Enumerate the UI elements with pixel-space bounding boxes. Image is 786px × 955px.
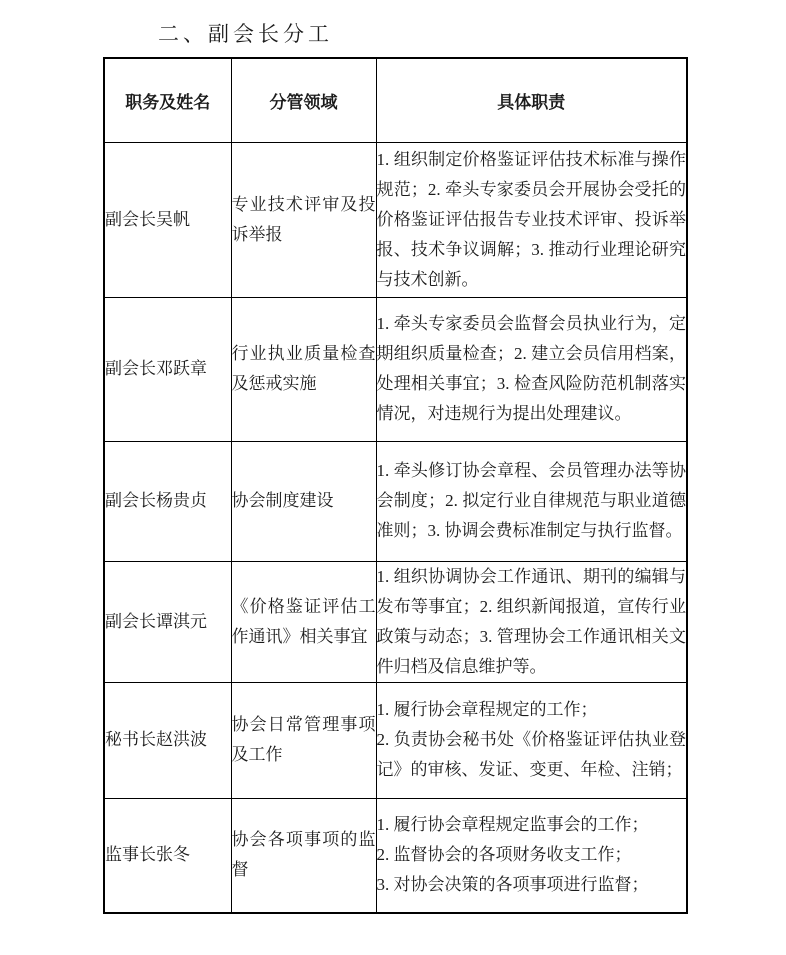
- duty-item: 1. 牵头专家委员会监督会员执业行为，定期组织质量检查；2. 建立会员信用档案，…: [377, 309, 687, 429]
- duties-cell: 1. 牵头专家委员会监督会员执业行为，定期组织质量检查；2. 建立会员信用档案，…: [376, 297, 687, 441]
- duties-table: 职务及姓名 分管领域 具体职责 副会长吴帆专业技术评审及投诉举报1. 组织制定价…: [103, 57, 688, 914]
- area-cell: 《价格鉴证评估工作通讯》相关事宜: [231, 561, 376, 682]
- duty-item: 2. 负责协会秘书处《价格鉴证评估执业登记》的审核、发证、变更、年检、注销；: [377, 725, 687, 785]
- header-position-name: 职务及姓名: [104, 58, 231, 142]
- position-name-cell: 副会长谭淇元: [104, 561, 231, 682]
- table-row: 副会长吴帆专业技术评审及投诉举报1. 组织制定价格鉴证评估技术标准与操作规范；2…: [104, 142, 687, 297]
- duties-cell: 1. 履行协会章程规定的工作；2. 负责协会秘书处《价格鉴证评估执业登记》的审核…: [376, 682, 687, 798]
- area-cell: 行业执业质量检查及惩戒实施: [231, 297, 376, 441]
- position-name-cell: 副会长吴帆: [104, 142, 231, 297]
- duty-item: 2. 监督协会的各项财务收支工作；: [377, 840, 687, 870]
- duties-cell: 1. 组织制定价格鉴证评估技术标准与操作规范；2. 牵头专家委员会开展协会受托的…: [376, 142, 687, 297]
- document-page: 二、副会长分工 职务及姓名 分管领域 具体职责 副会长吴帆专业技术评审及投诉举报…: [0, 0, 786, 955]
- position-name-cell: 秘书长赵洪波: [104, 682, 231, 798]
- table-row: 副会长杨贵贞协会制度建设1. 牵头修订协会章程、会员管理办法等协会制度；2. 拟…: [104, 441, 687, 561]
- position-name-cell: 副会长杨贵贞: [104, 441, 231, 561]
- duty-item: 1. 组织协调协会工作通讯、期刊的编辑与发布等事宜；2. 组织新闻报道，宣传行业…: [377, 562, 687, 682]
- section-title: 二、副会长分工: [158, 18, 333, 48]
- table-body: 副会长吴帆专业技术评审及投诉举报1. 组织制定价格鉴证评估技术标准与操作规范；2…: [104, 142, 687, 913]
- area-cell: 协会日常管理事项及工作: [231, 682, 376, 798]
- table-row: 副会长邓跃章行业执业质量检查及惩戒实施1. 牵头专家委员会监督会员执业行为，定期…: [104, 297, 687, 441]
- duty-item: 1. 履行协会章程规定监事会的工作；: [377, 810, 687, 840]
- duty-item: 1. 组织制定价格鉴证评估技术标准与操作规范；2. 牵头专家委员会开展协会受托的…: [377, 145, 687, 295]
- area-cell: 专业技术评审及投诉举报: [231, 142, 376, 297]
- header-area: 分管领域: [231, 58, 376, 142]
- duties-cell: 1. 履行协会章程规定监事会的工作；2. 监督协会的各项财务收支工作；3. 对协…: [376, 798, 687, 913]
- duties-cell: 1. 牵头修订协会章程、会员管理办法等协会制度；2. 拟定行业自律规范与职业道德…: [376, 441, 687, 561]
- position-name-cell: 副会长邓跃章: [104, 297, 231, 441]
- table-header-row: 职务及姓名 分管领域 具体职责: [104, 58, 687, 142]
- header-duties: 具体职责: [376, 58, 687, 142]
- area-cell: 协会制度建设: [231, 441, 376, 561]
- duties-cell: 1. 组织协调协会工作通讯、期刊的编辑与发布等事宜；2. 组织新闻报道，宣传行业…: [376, 561, 687, 682]
- duty-item: 3. 对协会决策的各项事项进行监督；: [377, 870, 687, 900]
- area-cell: 协会各项事项的监督: [231, 798, 376, 913]
- position-name-cell: 监事长张冬: [104, 798, 231, 913]
- duty-item: 1. 履行协会章程规定的工作；: [377, 695, 687, 725]
- table-row: 秘书长赵洪波协会日常管理事项及工作1. 履行协会章程规定的工作；2. 负责协会秘…: [104, 682, 687, 798]
- duty-item: 1. 牵头修订协会章程、会员管理办法等协会制度；2. 拟定行业自律规范与职业道德…: [377, 456, 687, 546]
- table-row: 副会长谭淇元《价格鉴证评估工作通讯》相关事宜1. 组织协调协会工作通讯、期刊的编…: [104, 561, 687, 682]
- table-row: 监事长张冬协会各项事项的监督1. 履行协会章程规定监事会的工作；2. 监督协会的…: [104, 798, 687, 913]
